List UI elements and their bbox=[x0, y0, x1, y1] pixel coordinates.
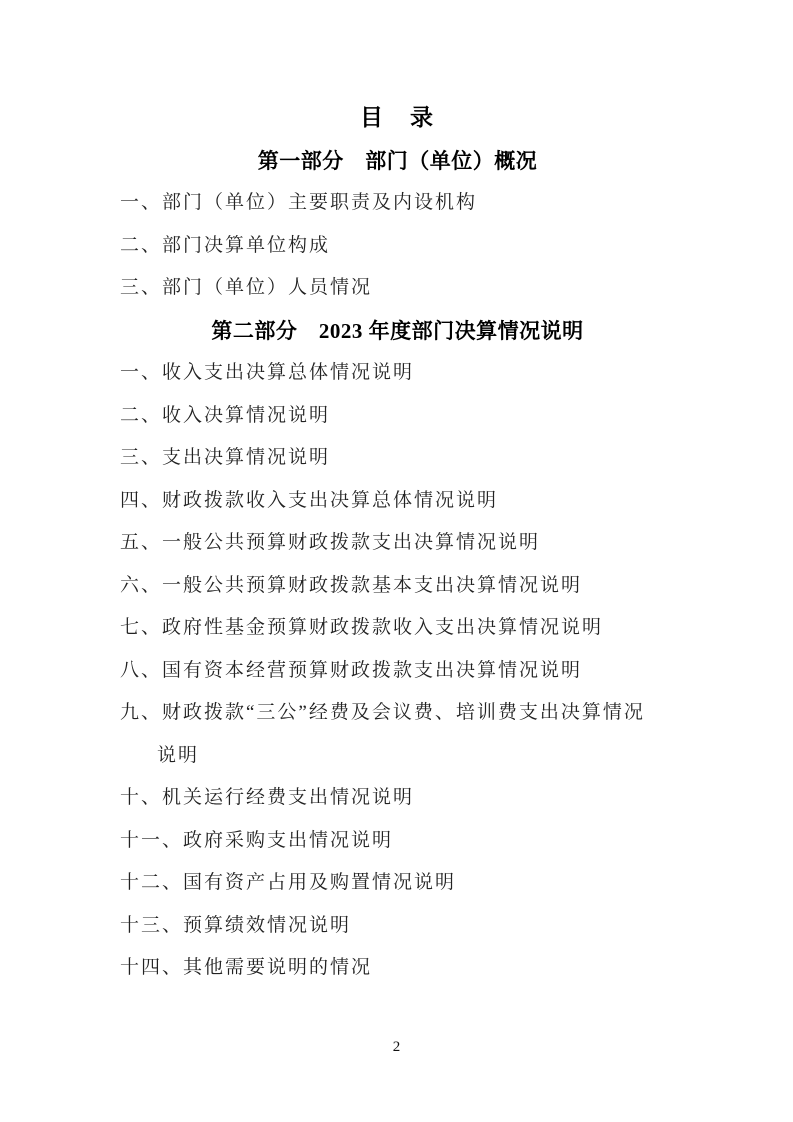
toc-item-part2-5: 五、一般公共预算财政拨款支出决算情况说明 bbox=[120, 522, 675, 565]
toc-item-part2-7: 七、政府性基金预算财政拨款收入支出决算情况说明 bbox=[120, 607, 675, 650]
page-number: 2 bbox=[0, 1036, 793, 1058]
toc-item-part2-11: 十一、政府采购支出情况说明 bbox=[120, 820, 675, 863]
toc-item-part2-4: 四、财政拨款收入支出决算总体情况说明 bbox=[120, 480, 675, 523]
toc-item-part2-2: 二、收入决算情况说明 bbox=[120, 395, 675, 438]
document-page: 目 录 第一部分 部门（单位）概况 一、部门（单位）主要职责及内设机构 二、部门… bbox=[0, 0, 793, 1122]
toc-item-part1-3: 三、部门（单位）人员情况 bbox=[120, 267, 675, 310]
toc-item-part2-6: 六、一般公共预算财政拨款基本支出决算情况说明 bbox=[120, 565, 675, 608]
section-heading-part1: 第一部分 部门（单位）概况 bbox=[120, 140, 675, 183]
toc-item-part2-3: 三、支出决算情况说明 bbox=[120, 437, 675, 480]
toc-item-part2-14: 十四、其他需要说明的情况 bbox=[120, 947, 675, 990]
toc-item-part2-10: 十、机关运行经费支出情况说明 bbox=[120, 777, 675, 820]
toc-item-part2-1: 一、收入支出决算总体情况说明 bbox=[120, 352, 675, 395]
toc-item-part2-9: 九、财政拨款“三公”经费及会议费、培训费支出决算情况 bbox=[120, 692, 675, 735]
doc-title: 目 录 bbox=[120, 97, 675, 140]
toc-item-part1-2: 二、部门决算单位构成 bbox=[120, 225, 675, 268]
toc-content: 目 录 第一部分 部门（单位）概况 一、部门（单位）主要职责及内设机构 二、部门… bbox=[120, 97, 675, 990]
toc-item-part2-12: 十二、国有资产占用及购置情况说明 bbox=[120, 862, 675, 905]
section-heading-part2: 第二部分 2023 年度部门决算情况说明 bbox=[120, 310, 675, 353]
toc-item-part2-13: 十三、预算绩效情况说明 bbox=[120, 905, 675, 948]
toc-item-part2-8: 八、国有资本经营预算财政拨款支出决算情况说明 bbox=[120, 650, 675, 693]
toc-item-part2-9-continuation: 说明 bbox=[120, 735, 675, 778]
toc-item-part1-1: 一、部门（单位）主要职责及内设机构 bbox=[120, 182, 675, 225]
